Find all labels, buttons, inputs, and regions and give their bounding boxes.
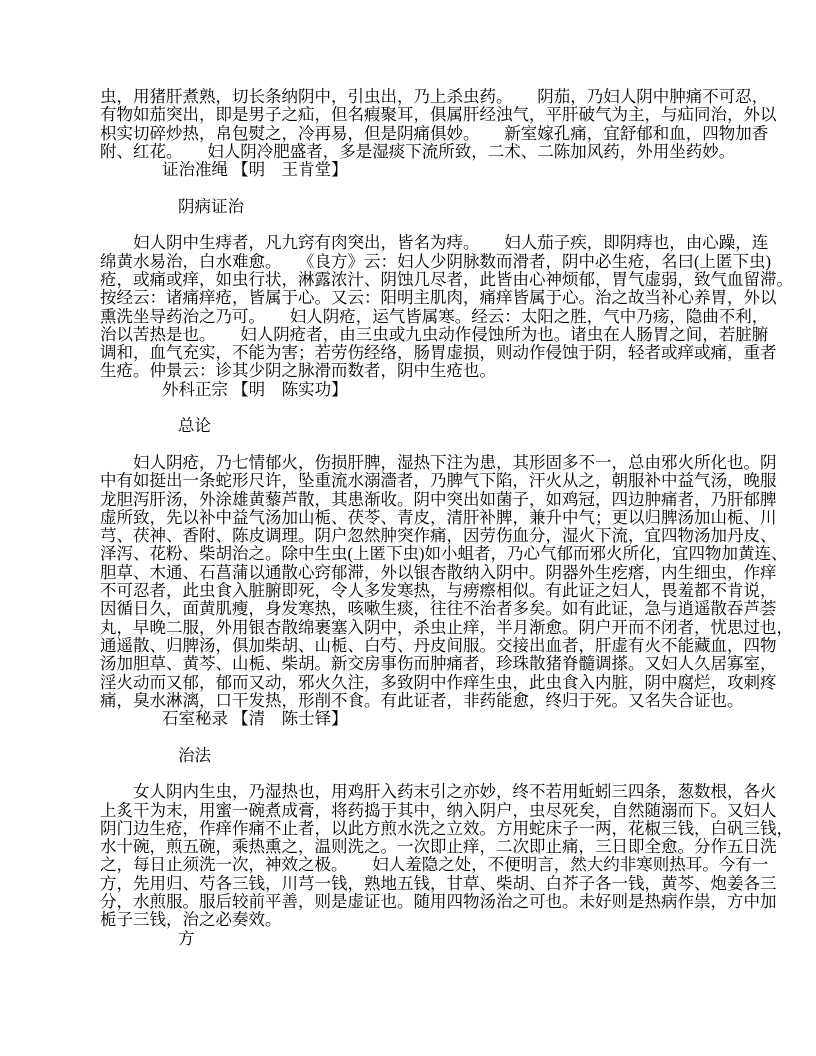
text-line: 分，水煎服。服后较前平善，则是虚证也。随用四物汤治之可也。未好则是热病作祟，方中…	[100, 893, 740, 911]
text-line: 附、红花。 妇人阴冷肥盛者，多是湿痰下流所致，二术、二陈加风药，外用坐药妙。	[100, 143, 740, 161]
section-subheading: 总论	[100, 417, 740, 435]
text-line: 上炙干为末，用蜜一碗煮成膏，将药捣于其中，纳入阴户，虫尽死矣，自然随溺而下。又妇…	[100, 802, 740, 820]
text-line: 之，每日止须洗一次，神效之极。 妇人羞隐之处，不便明言，然大约非寒则热耳。今有一	[100, 856, 740, 874]
text-line: 枳实切碎炒热，帛包熨之，冷再易，但是阴痛俱妙。 新室嫁孔痛，宜舒郁和血，四物加香	[100, 125, 740, 143]
text-line: 治以苦热是也。 妇人阴疮者，由三虫或九虫动作侵蚀所为也。诸虫在人肠胃之间，若脏腑	[100, 326, 740, 344]
text-line: 虚所致，先以补中益气汤加山栀、茯苓、青皮，清肝补脾，兼升中气；更以归脾汤加山栀、…	[100, 509, 740, 527]
text-line: 女人阴内生虫，乃湿热也，用鸡肝入药末引之亦妙，终不若用蚯蚓三四条，葱数根，各火	[100, 783, 740, 801]
blank-line	[100, 399, 740, 417]
blank-line	[100, 765, 740, 783]
text-line: 栀子三钱，治之必奏效。	[100, 911, 740, 929]
section-subheading: 阴病证治	[100, 198, 740, 216]
section-source-title: 证治准绳 【明 王肯堂】	[100, 161, 740, 179]
blank-line	[100, 728, 740, 746]
text-line: 虫，用猪肝煮熟，切长条纳阴中，引虫出，乃上杀虫药。 阴茄，乃妇人阴中肿痛不可忍，	[100, 88, 740, 106]
section-source-title: 外科正宗 【明 陈实功】	[100, 381, 740, 399]
blank-line	[100, 179, 740, 197]
text-line: 阴门边生疮，作痒作痛不止者，以此方煎水洗之立效。方用蛇床子一两，花椒三钱，白矾三…	[100, 820, 740, 838]
text-line: 有物如茄突出，即是男子之疝，但名瘕聚耳，俱属肝经浊气，平肝破气为主，与疝同治，外…	[100, 106, 740, 124]
text-line: 通遥散、归脾汤，俱加柴胡、山栀、白芍、丹皮间服。交接出血者，肝虚有火不能藏血，四…	[100, 637, 740, 655]
text-line: 泽泻、花粉、柴胡治之。除中生虫(上匿下虫)如小蛆者，乃心气郁而邪火所化，宜四物加…	[100, 545, 740, 563]
text-line: 熏洗坐导药治之乃可。 妇人阴疮，运气皆属寒。经云：太阳之胜，气中乃疡，隐曲不利，	[100, 308, 740, 326]
text-line: 按经云：诸痛痒疮，皆属于心。又云：阳明主肌肉，痛痒皆属于心。治之故当补心养胃，外…	[100, 289, 740, 307]
text-line: 绵黄水易治，白水难愈。 《良方》云：妇人少阴脉数而滑者，阴中必生疮，名曰(上匿下…	[100, 253, 740, 271]
text-line: 妇人阴中生痔者，凡九窍有肉突出，皆名为痔。 妇人茄子疾，即阴痔也，由心躁，连	[100, 234, 740, 252]
text-line: 不可忍者，此虫食入脏腑即死，令人多发寒热，与痨瘵相似。有此证之妇人，畏羞都不肯说…	[100, 582, 740, 600]
text-line: 疮，或痛或痒，如虫行状，淋露浓汁、阴蚀几尽者，此皆由心神烦郁，胃气虚弱，致气血留…	[100, 271, 740, 289]
text-line: 调和，血气充实，不能为害；若劳伤经络，肠胃虚损，则动作侵蚀于阴，轻者或痒或痛，重…	[100, 344, 740, 362]
text-line: 方，先用归、芍各三钱，川芎一钱，熟地五钱，甘草、柴胡、白芥子各一钱，黄芩、炮姜各…	[100, 875, 740, 893]
text-line: 芎、茯神、香附、陈皮调理。阴户忽然肿突作痛，因劳伤血分，湿火下流，宜四物汤加丹皮…	[100, 527, 740, 545]
blank-line	[100, 216, 740, 234]
text-line: 汤加胆草、黄芩、山栀、柴胡。新交房事伤而肿痛者，珍珠散猪脊髓调搽。又妇人久居寡室…	[100, 655, 740, 673]
text-line: 妇人阴疮，乃七情郁火，伤损肝脾，湿热下注为患，其形固多不一，总由邪火所化也。阴	[100, 454, 740, 472]
document-text-block: 虫，用猪肝煮熟，切长条纳阴中，引虫出，乃上杀虫药。 阴茄，乃妇人阴中肿痛不可忍，…	[100, 88, 740, 948]
document-page: 虫，用猪肝煮熟，切长条纳阴中，引虫出，乃上杀虫药。 阴茄，乃妇人阴中肿痛不可忍，…	[0, 0, 816, 1056]
text-line: 中有如挺出一条蛇形尺许，坠重流水溺濇者，乃脾气下陷，汗火从之，朝服补中益气汤，晚…	[100, 472, 740, 490]
text-line: 因循日久，面黄肌瘦，身发寒热，咳嗽生痰，往往不治者多矣。如有此证，急与逍遥散吞芦…	[100, 600, 740, 618]
section-source-title: 石室秘录 【清 陈士铎】	[100, 710, 740, 728]
section-subheading: 治法	[100, 747, 740, 765]
text-line: 龙胆泻肝汤，外涂雄黄藜芦散，其患渐收。阴中突出如菌子，如鸡冠，四边肿痛者，乃肝郁…	[100, 491, 740, 509]
text-line: 生疮。仲景云：诊其少阴之脉滑而数者，阴中生疮也。	[100, 362, 740, 380]
text-line: 痛，臭水淋漓，口干发热，形削不食。有此证者，非药能愈，终归于死。又名失合证也。	[100, 692, 740, 710]
section-subheading: 方	[100, 930, 740, 948]
text-line: 水十碗，煎五碗，乘热熏之，温则洗之。一次即止痒，二次即止痛，三日即全愈。分作五日…	[100, 838, 740, 856]
blank-line	[100, 436, 740, 454]
text-line: 胆草、木通、石菖蒲以通散心窍郁滞，外以银杏散纳入阴中。阴器外生疙瘩，内生细虫，作…	[100, 564, 740, 582]
text-line: 丸，早晚二服，外用银杏散绵裹塞入阴中，杀虫止痒，半月渐愈。阴户开而不闭者，忧思过…	[100, 619, 740, 637]
text-line: 淫火动而又郁，郁而又动，邪火久注，多致阴中作痒生虫，此虫食入内脏，阴中腐烂，攻刺…	[100, 674, 740, 692]
